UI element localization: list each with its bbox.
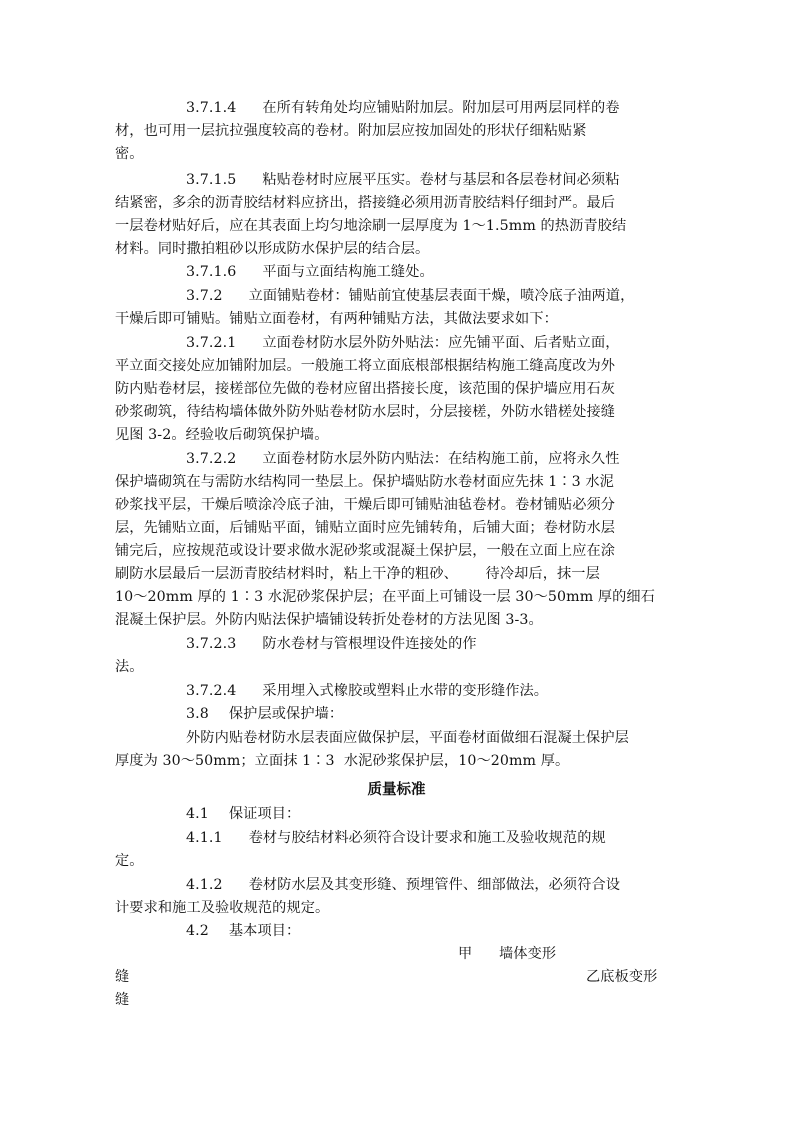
paragraph-line: 一层卷材贴好后，应在其表面上均匀地涂刷一层厚度为 1～1.5mm 的热沥青胶结: [115, 217, 626, 235]
paragraph-4-2: 4.2基本项目：: [186, 922, 300, 940]
paragraph-3-7-2-2-line-1: 3.7.2.2立面卷材防水层外防内贴法：在结构施工前，应将永久性: [186, 450, 620, 468]
paragraph-line: 防内贴卷材层，接槎部位先做的卷材应留出搭接长度，该范围的保护墙应用石灰: [115, 380, 615, 398]
paragraph-3-7-2-3-line-1: 3.7.2.3防水卷材与管根埋设件连接处的作: [186, 635, 477, 653]
section-number: 3.7.2.2: [186, 450, 236, 468]
section-number: 3.7.1.6: [186, 263, 236, 281]
paragraph-3-7-1-6: 3.7.1.6平面与立面结构施工缝处。: [186, 263, 434, 281]
paragraph-line: 铺完后，应按规范或设计要求做水泥砂浆或混凝土保护层，一般在立面上应在涂: [115, 542, 615, 560]
paragraph-line: 计要求和施工及验收规范的规定。: [115, 899, 329, 917]
section-number: 3.7.2.3: [186, 635, 236, 653]
paragraph-line: 保护墙砌筑在与需防水结构同一垫层上。保护墙贴防水卷材面应先抹 1∶3 水泥: [115, 473, 614, 491]
paragraph-line: 外防内贴卷材防水层表面应做保护层，平面卷材面做细石混凝土保护层: [186, 729, 629, 747]
paragraph-line: 材，也可用一层抗拉强度较高的卷材。附加层应按加固处的形状仔细粘贴紧: [115, 122, 587, 140]
paragraph-3-8: 3.8保护层或保护墙：: [186, 705, 343, 723]
paragraph-3-7-1-4-line-1: 3.7.1.4在所有转角处均应铺贴附加层。附加层可用两层同样的卷: [186, 99, 620, 117]
section-number: 4.1.1: [186, 829, 223, 847]
section-number: 4.1.2: [186, 876, 223, 894]
paragraph-line: 见图 3-2。经验收后砌筑保护墙。: [115, 426, 329, 444]
paragraph-4-1: 4.1保证项目：: [186, 805, 300, 823]
paragraph-line: 密。: [115, 145, 144, 163]
document-page: 3.7.1.4在所有转角处均应铺贴附加层。附加层可用两层同样的卷 材，也可用一层…: [0, 0, 793, 1122]
section-number: 4.2: [186, 922, 209, 940]
paragraph-line: 结紧密，多余的沥青胶结材料应挤出，搭接缝必须用沥青胶结料仔细封严。最后: [115, 194, 615, 212]
paragraph-3-7-2-line-1: 3.7.2立面铺贴卷材：铺贴前宜使基层表面干燥，喷冷底子油两道，: [186, 287, 634, 305]
paragraph-line: 定。: [115, 852, 144, 870]
section-number: 3.7.1.5: [186, 171, 236, 189]
paragraph-4-1-2-line-1: 4.1.2卷材防水层及其变形缝、预埋管件、细部做法，必须符合设: [186, 876, 620, 894]
paragraph-line: 刷防水层最后一层沥青胶结材料时，粘上干净的粗砂、 待冷却后，抹一层: [115, 565, 600, 583]
paragraph-3-7-2-4: 3.7.2.4采用埋入式橡胶或塑料止水带的变形缝作法。: [186, 682, 548, 700]
paragraph-line: 层，先铺贴立面，后铺贴平面，铺贴立面时应先铺转角，后铺大面；卷材防水层: [115, 519, 615, 537]
paragraph-line: 法。: [115, 658, 144, 676]
paragraph-line: 砂浆找平层，干燥后喷涂冷底子油，干燥后即可铺贴油毡卷材。卷材铺贴必须分: [115, 496, 615, 514]
figure-label-jia: 甲: [458, 945, 472, 963]
paragraph-line: 10～20mm 厚的 1∶3 水泥砂浆保护层；在平面上可铺设一层 30～50mm…: [115, 588, 655, 606]
section-number: 3.7.2.1: [186, 334, 236, 352]
paragraph-3-7-2-1-line-1: 3.7.2.1立面卷材防水层外防外贴法：应先铺平面、后者贴立面，: [186, 334, 620, 352]
paragraph-line: 材料。同时撒拍粗砂以形成防水保护层的结合层。: [115, 240, 429, 258]
paragraph-line: 厚度为 30～50mm；立面抹 1∶3 水泥砂浆保护层，10～20mm 厚。: [115, 752, 569, 770]
figure-label-wall-joint: 墙体变形: [499, 945, 556, 963]
section-number: 3.7.2.4: [186, 682, 236, 700]
section-heading: 质量标准: [0, 781, 793, 799]
section-number: 3.8: [186, 705, 209, 723]
figure-label-feng-1: 缝: [115, 968, 129, 986]
paragraph-line: 干燥后即可铺贴。铺贴立面卷材，有两种铺贴方法，其做法要求如下：: [115, 310, 558, 328]
paragraph-3-7-1-5-line-1: 3.7.1.5粘贴卷材时应展平压实。卷材与基层和各层卷材间必须粘: [186, 171, 620, 189]
section-number: 3.7.1.4: [186, 99, 236, 117]
section-number: 4.1: [186, 805, 209, 823]
paragraph-4-1-1-line-1: 4.1.1卷材与胶结材料必须符合设计要求和施工及验收规范的规: [186, 829, 606, 847]
section-number: 3.7.2: [186, 287, 223, 305]
figure-label-floor-joint: 乙底板变形: [586, 968, 657, 986]
paragraph-line: 混凝土保护层。外防内贴法保护墙铺设转折处卷材的方法见图 3-3。: [115, 611, 543, 629]
paragraph-line: 平立面交接处应加铺附加层。一般施工将立面底根部根据结构施工缝高度改为外: [115, 357, 615, 375]
figure-label-feng-2: 缝: [115, 991, 129, 1009]
paragraph-line: 砂浆砌筑，待结构墙体做外防外贴卷材防水层时，分层接槎，外防水错槎处接缝: [115, 403, 615, 421]
